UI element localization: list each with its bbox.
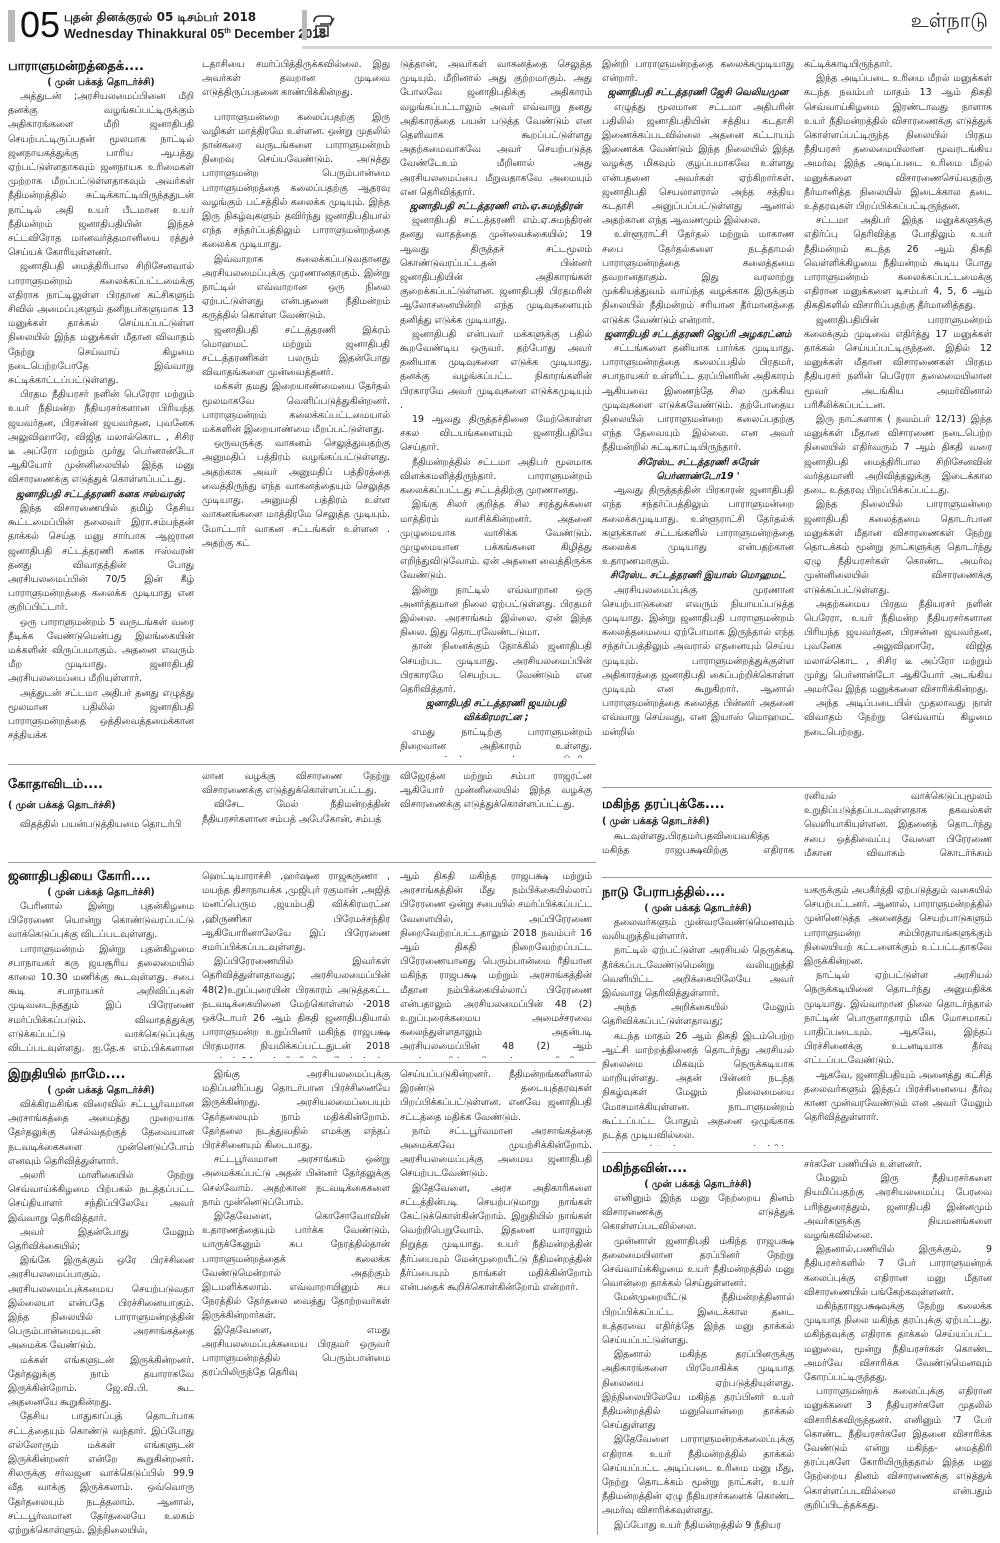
paragraph: ஆகவே, ஜனாதிபதியும் அனைத்து கட்சித் தலைவர…: [804, 1069, 992, 1126]
paragraph: முன்னாள் ஜனாதிபதி மகிந்த ராஜபக்ஷ தலைமையி…: [602, 1235, 794, 1292]
paragraph: ஹெட்டியாராச்சி ,ஹர்ஷன ராஜகருணா , மயந்த த…: [202, 870, 390, 955]
paragraph: இதேவேளை, அரச அதிகாரிகளை சட்டத்தின்படி செ…: [400, 1182, 592, 1296]
paragraph: விசேட மேல் நீதிமன்றத்தின் நீதியரசர்களான …: [202, 798, 390, 826]
article-parliament-col-5: கட்டிக்காடியிருந்தார். இந்த அடிப்படை உரி…: [804, 58, 992, 758]
paragraph: பேரினால் இன்று புதன்கிழமை பிரேரணை யொன்று…: [8, 900, 194, 943]
article-mahinda-petition-col-2: சர்களே பணியில் உள்ளனர். மேலும் இரு நீதிய…: [804, 1158, 992, 1538]
paragraph: கூடவுள்ளது.பிரதமர்பதவியைவகித்த மகிந்த ரா…: [602, 830, 794, 858]
paragraph: இதேவேளை, கொசோவோவின் உதாரணத்தையும் பார்க்…: [202, 1210, 390, 1324]
paragraph: ஜனாதிபதி சட்டத்தரணி இக்ரம் மொஹமட் மற்றும…: [202, 324, 390, 381]
continued-label: ( முன் பக்கத் தொடர்ச்சி): [8, 1084, 194, 1098]
paragraph: அதற்கமைய பிரதம நீதியரசர் நளின் பெரேரா, உ…: [804, 598, 992, 697]
paragraph: தேசிய பாதுகாப்புத் தொடர்பாக சட்டத்தையும்…: [8, 1410, 194, 1538]
paragraph: டுத்தான், அவர்கள் வாகனத்தை செலுத்த முடிய…: [400, 58, 592, 200]
continued-label: ( முன் பக்கத் தொடர்ச்சி): [8, 798, 194, 814]
paragraph: கடந்த மாதம் 26 ஆம் திகதி இடம்பெற்ற ஆட்சி…: [602, 1030, 794, 1144]
article-country-danger-col-1: நாடு பேராபத்தில்.... ( முன் பக்கத் தொடர்…: [602, 884, 794, 1146]
paragraph: நாட்டில் ஏற்பட்டுள்ள அரசியல் நெருக்கடியி…: [804, 969, 992, 1068]
paragraph: லான வழக்கு விசாரணை நேற்று விசாரணைக்கு எட…: [202, 770, 390, 798]
article-parliament-col-3: டுத்தான், அவர்கள் வாகனத்தை செலுத்த முடிய…: [400, 58, 592, 758]
paragraph: அத்துடன் ;அரசியலமைப்பினை மீறி தனக்கு வழங…: [8, 90, 194, 260]
paragraph: நாட்டில் ஏற்பட்டுள்ள அரசியல் நெருக்கடி த…: [602, 944, 794, 1001]
column-divider: [597, 1150, 598, 1535]
article-president-request-col-3: ஆம் திகதி மகிந்த ராஜபக்ஷ மற்றும் அரசாங்க…: [400, 870, 592, 1058]
paragraph: எழுத்து மூலமான சட்டமா அதிபரின் பதிலில் ஜ…: [602, 101, 794, 229]
paragraph: மக்கள் எங்களுடன் இருக்கின்றனர். தேர்தலுக…: [8, 1354, 194, 1411]
section-title: உள்நாடு: [911, 8, 988, 35]
paragraph: இந்த நிலையில் பாராளுமன்றை ஜனாதிபதி கலைத்…: [804, 498, 992, 597]
headline-kothavidam: கோதாவிடம்....: [8, 776, 194, 794]
article-final-name-col-3: செய்யப்படுகின்றனர். நீதிமன்றங்களினால் இர…: [400, 1068, 592, 1538]
divider: [602, 877, 992, 878]
paragraph: ஜனாதிபதி என்பவர் மக்களுக்கு பதில் கூறவேண…: [400, 328, 592, 413]
paragraph: விக்கிரமசிங்க விரைவில் சட்டபூர்வமான அரசா…: [8, 1098, 194, 1169]
paragraph: எமது நாட்டிற்கு பாராளுமன்றம் நிறைவான அதி…: [400, 726, 592, 758]
paragraph: அரசியலமைப்புக்கு முரணான செயற்பாடுகளை எவர…: [602, 584, 794, 740]
paragraph: கட்டிக்காடியிருந்தார்.: [804, 58, 992, 72]
headline-president-request: ஜனாதிபதியை கோரி....: [8, 868, 194, 886]
paragraph: அலரி மாளிகையில் நேற்று செவ்வாய்க்கிழமை ப…: [8, 1169, 194, 1226]
paragraph: விஜேரத்ன மற்றும் சம்பா ராஜரட்ன ஆகியோர் ம…: [400, 770, 592, 813]
article-mahinda-side-col-1: மகிந்த தரப்புக்கே.... ( முன் பக்கத் தொடர…: [602, 792, 794, 858]
headline-mahinda-petition: மகிந்தவின்....: [602, 1160, 794, 1178]
paragraph: சட்டபூர்வமான அரசாங்கம் ஒன்று அமைக்கப்பட்…: [202, 1153, 390, 1210]
article-country-danger-col-2: யகருக்கும் அபகீர்த்தி ஏற்படுத்தும் வகையி…: [804, 884, 992, 1146]
paragraph: யகருக்கும் அபகீர்த்தி ஏற்படுத்தும் வகையி…: [804, 884, 992, 969]
headline-mahinda-side: மகிந்த தரப்புக்கே....: [602, 796, 794, 814]
subheading: ஜனாதிபதி சட்டத்தரணி ஜேசி வெலியமுன: [602, 86, 794, 100]
tamil-date: புதன் தினக்குரல் 05 டிசம்பர் 2018: [64, 10, 256, 26]
paragraph: அந்த அடிப்படையில் முதலாவது நாள் விவாதம் …: [804, 697, 992, 740]
paragraph: ஜனாதிபதியின் பாராளுமன்றம் கலைக்கும் முடி…: [804, 314, 992, 413]
paragraph: அவர் இதன்போது மேலும் தெரிவிக்கையில்;: [8, 1226, 194, 1254]
headline-parliament: பாராளுமன்றத்தைக்....: [8, 58, 194, 76]
article-parliament-col-4: இன்றி பாராளுமன்றத்தை கலைக்கமுடியாது என்ற…: [602, 58, 794, 758]
paragraph: மக்கள் தமது இறையாண்மையை தேர்தல் மூலமாகவே…: [202, 380, 390, 437]
paragraph: டதாசியை சமர்ப்பித்திருக்கவில்லை. இது அவர…: [202, 58, 390, 101]
paragraph: செய்யப்படுகின்றனர். நீதிமன்றங்களினால் இர…: [400, 1068, 592, 1125]
masthead-accent-bar: [8, 10, 15, 42]
paragraph: பாராளுமன்றக் கலைப்புக்கு எதிரான மனுக்களை…: [804, 1385, 992, 1513]
subheading: ஜனாதிபதி சட்டத்தரணி கனக ஈஸ்வரன்;: [8, 488, 194, 502]
paragraph: இதேவேளை பாராளுமன்றக்கலைப்புக்கு எதிராக உ…: [602, 1433, 794, 1518]
paragraph: நாம் சட்டபூர்வமான அரசாங்கத்தை அமைக்கவே ம…: [400, 1125, 592, 1182]
masthead-divider-bar: [302, 10, 307, 40]
paragraph: நீதிமன்றத்தில் சட்டமா அதிபர் மூலமாக விளக…: [400, 456, 592, 499]
headline-country-danger: நாடு பேராபத்தில்....: [602, 884, 794, 902]
divider: [8, 764, 596, 765]
paragraph: இப்போது உயர் நீதிமன்றத்தில் 9 நீதியர: [602, 1519, 794, 1533]
paragraph: இன்று நாட்டில் எவ்வாறான ஒரு அனர்த்தமான ந…: [400, 584, 592, 641]
divider: [602, 787, 992, 788]
divider: [8, 862, 596, 863]
paragraph: மகிந்தராஜபக்ஷவுக்கு நேற்று கலைக்க முடியா…: [804, 1300, 992, 1385]
paragraph: இங்கு அரசியலமைப்புக்கு மதிப்பளிப்பது தொட…: [202, 1068, 390, 1153]
paragraph: இந்த விசாரணையில் தமிழ் தேசிய கூட்டமைப்பி…: [8, 502, 194, 616]
paragraph: சட்டங்களை தனியாக பார்க்க முடியாது. பாராள…: [602, 342, 794, 456]
paragraph: பிரதம நீதியரசர் நளின் பெரேரா மற்றும் உயர…: [8, 388, 194, 487]
article-president-request-col-2: ஹெட்டியாராச்சி ,ஹர்ஷன ராஜகருணா , மயந்த த…: [202, 870, 390, 1058]
paragraph: அத்துடன் சட்டமா அதிபர் தனது எழுத்து மூலம…: [8, 687, 194, 744]
subheading: ஜனாதிபதி சட்டத்தரணி எம்.ஏ.சுமந்திரன்: [400, 200, 592, 214]
continued-label: ( முன் பக்கத் தொடர்ச்சி): [602, 814, 794, 830]
paragraph: ஜனாதிபதி மைத்திரிபால சிறிசேனவால் பாராளும…: [8, 260, 194, 388]
paragraph: உள்ளூராட்சி தேர்தல் மற்றும் மாகாண சபை தே…: [602, 228, 794, 327]
article-kothavidam-col-1: கோதாவிடம்.... ( முன் பக்கத் தொடர்ச்சி) வ…: [8, 770, 194, 850]
paragraph: இதனால்,பணியில் இருக்கும், 9 நீதியரசர்களி…: [804, 1243, 992, 1300]
paragraph: பாராளுமன்றை கலைப்பதற்கு இரு வழிகள் மாத்த…: [202, 111, 390, 253]
paragraph: மேலும் இரு நீதியரசர்களை நியமிப்பதற்கு அர…: [804, 1172, 992, 1243]
masthead: 05 புதன் தினக்குரல் 05 டிசம்பர் 2018 Wed…: [0, 0, 1000, 46]
article-kothavidam-col-2: லான வழக்கு விசாரணை நேற்று விசாரணைக்கு எட…: [202, 770, 390, 850]
paragraph: இதேவேளை, எமது அரசியலமைப்புக்கமைய பிரதமர்…: [202, 1324, 390, 1381]
paragraph: ரனியல் வாக்கெடுப்புமூலம் உறுதிப்படுத்தப்…: [804, 790, 992, 856]
paragraph: அந்த அறிக்கையில் மேலும் தெரிவிக்கப்பட்டு…: [602, 1001, 794, 1029]
paragraph: தலைவர்களும் முன்வரவேண்டுமெனவும் வலியுறுத…: [602, 916, 794, 944]
article-parliament-col-2: டதாசியை சமர்ப்பித்திருக்கவில்லை. இது அவர…: [202, 58, 390, 758]
paragraph: ஆம் திகதி மகிந்த ராஜபக்ஷ மற்றும் அரசாங்க…: [400, 870, 592, 1058]
subheading: ஜனாதிபதி சட்டத்தரணி ஜயம்பதி விக்கிரமரட்ன…: [400, 697, 592, 725]
continued-label: ( முன் பக்கத் தொடர்ச்சி): [602, 1178, 794, 1192]
divider: [8, 1062, 596, 1063]
subheading: சிரேஸ்ட சட்டத்தரணி இயாஸ் மொஹமட்: [602, 569, 794, 583]
paragraph: இந்த அடிப்படை உரிமை மீறல் மனுக்கள் கடந்த…: [804, 72, 992, 214]
divider: [602, 1152, 992, 1153]
paragraph: இவ்வாறாக கலைக்கப்படுவதானது அரசியலமைப்புக…: [202, 253, 390, 324]
paragraph: விதத்தில் பயன்படுத்தியமை தொடர்பி: [8, 818, 194, 832]
paragraph: எனினும் இந்த மனு நேற்றைய தினம் விசாரணைக்…: [602, 1192, 794, 1235]
paragraph: ஜனாதிபதி சட்டத்தரணி எம்.ஏ.சுமந்திரன் தனத…: [400, 214, 592, 328]
article-parliament-col-1: பாராளுமன்றத்தைக்.... ( முன் பக்கத் தொடர்…: [8, 58, 194, 758]
paragraph: சர்களே பணியில் உள்ளனர்.: [804, 1158, 992, 1172]
subheading: சிரேஸ்ட சட்டத்தரணி சுரேன் பெர்னாண்டோ19 ': [602, 456, 794, 484]
article-kothavidam-col-3: விஜேரத்ன மற்றும் சம்பா ராஜரட்ன ஆகியோர் ம…: [400, 770, 592, 850]
paragraph: தான் நினைக்கும் நோக்கில் ஜனாதிபதி செயற்ப…: [400, 640, 592, 697]
subheading: ஜனாதிபதி சட்டத்தரணி ஜெப்ரி அழகரட்னம்: [602, 328, 794, 342]
continued-label: ( முன் பக்கத் தொடர்ச்சி): [8, 76, 194, 90]
page-number: 05: [20, 7, 60, 43]
masthead-rule: [302, 46, 992, 49]
article-mahinda-side-col-2: ரனியல் வாக்கெடுப்புமூலம் உறுதிப்படுத்தப்…: [804, 790, 992, 856]
paragraph: பாராளுமன்றம் இன்று புதன்கிழமை சபாநாயகர் …: [8, 943, 194, 1056]
paragraph: ஆவது திருத்தத்தின் பிரகாரன் ஜனாதிபதி எந்…: [602, 484, 794, 569]
paragraph: இன்றி பாராளுமன்றத்தை கலைக்கமுடியாது என்ற…: [602, 58, 794, 86]
paragraph: இரு நாட்களாக ( நவம்பர் 12/13) இந்த மனுக்…: [804, 413, 992, 498]
paragraph: 19 ஆவது திருத்தச்தினை மேற்கொள்ள சகல விடய…: [400, 413, 592, 456]
paragraph: இதனால் மகிந்த தரப்பினருக்கு அதிகாரங்களை …: [602, 1348, 794, 1433]
english-date: Wednesday Thinakkural 05th December 2018: [64, 27, 326, 41]
continued-label: ( முன் பக்கத் தொடர்ச்சி): [602, 902, 794, 916]
paragraph: ஒருவருக்கு வாகனம் செலுத்துவதற்கு அனுமதிப…: [202, 437, 390, 551]
headline-final-name: இறுதியில் நாமே....: [8, 1066, 194, 1084]
paragraph: மேன்முறையீட்டு நீதிமன்றத்தினால் பிறப்பிக…: [602, 1291, 794, 1348]
continued-label: ( முன் பக்கத் தொடர்ச்சி): [8, 886, 194, 900]
paragraph: இப்பிரேரணையில் இவர்கள் தெரிவித்துள்ளதாவத…: [202, 955, 390, 1058]
article-president-request-col-1: ஜனாதிபதியை கோரி.... ( முன் பக்கத் தொடர்ச…: [8, 868, 194, 1056]
paragraph: சட்டமா அதிபர் இந்த மனுக்களுக்கு எதிர்ப்ப…: [804, 214, 992, 313]
paragraph: அது மட்டுமல்லாது, பாராளுமன்றத்திற்கு வெள…: [602, 1143, 794, 1146]
article-mahinda-petition-col-1: மகிந்தவின்.... ( முன் பக்கத் தொடர்ச்சி) …: [602, 1160, 794, 1538]
article-final-name-col-1: இறுதியில் நாமே.... ( முன் பக்கத் தொடர்ச்…: [8, 1066, 194, 1538]
paragraph: இங்கு சிலர் குறித்த சில சரத்துக்களை மாத்…: [400, 498, 592, 583]
paragraph: இங்கே இருக்கும் ஒரே பிரச்சினை அரசியலமைப்…: [8, 1254, 194, 1353]
thinakkural-logo-icon: [310, 12, 336, 40]
article-final-name-col-2: இங்கு அரசியலமைப்புக்கு மதிப்பளிப்பது தொட…: [202, 1068, 390, 1538]
paragraph: ஒரு பாராளுமன்றம் 5 வருடங்கள் வரை நீடிக்க…: [8, 616, 194, 687]
